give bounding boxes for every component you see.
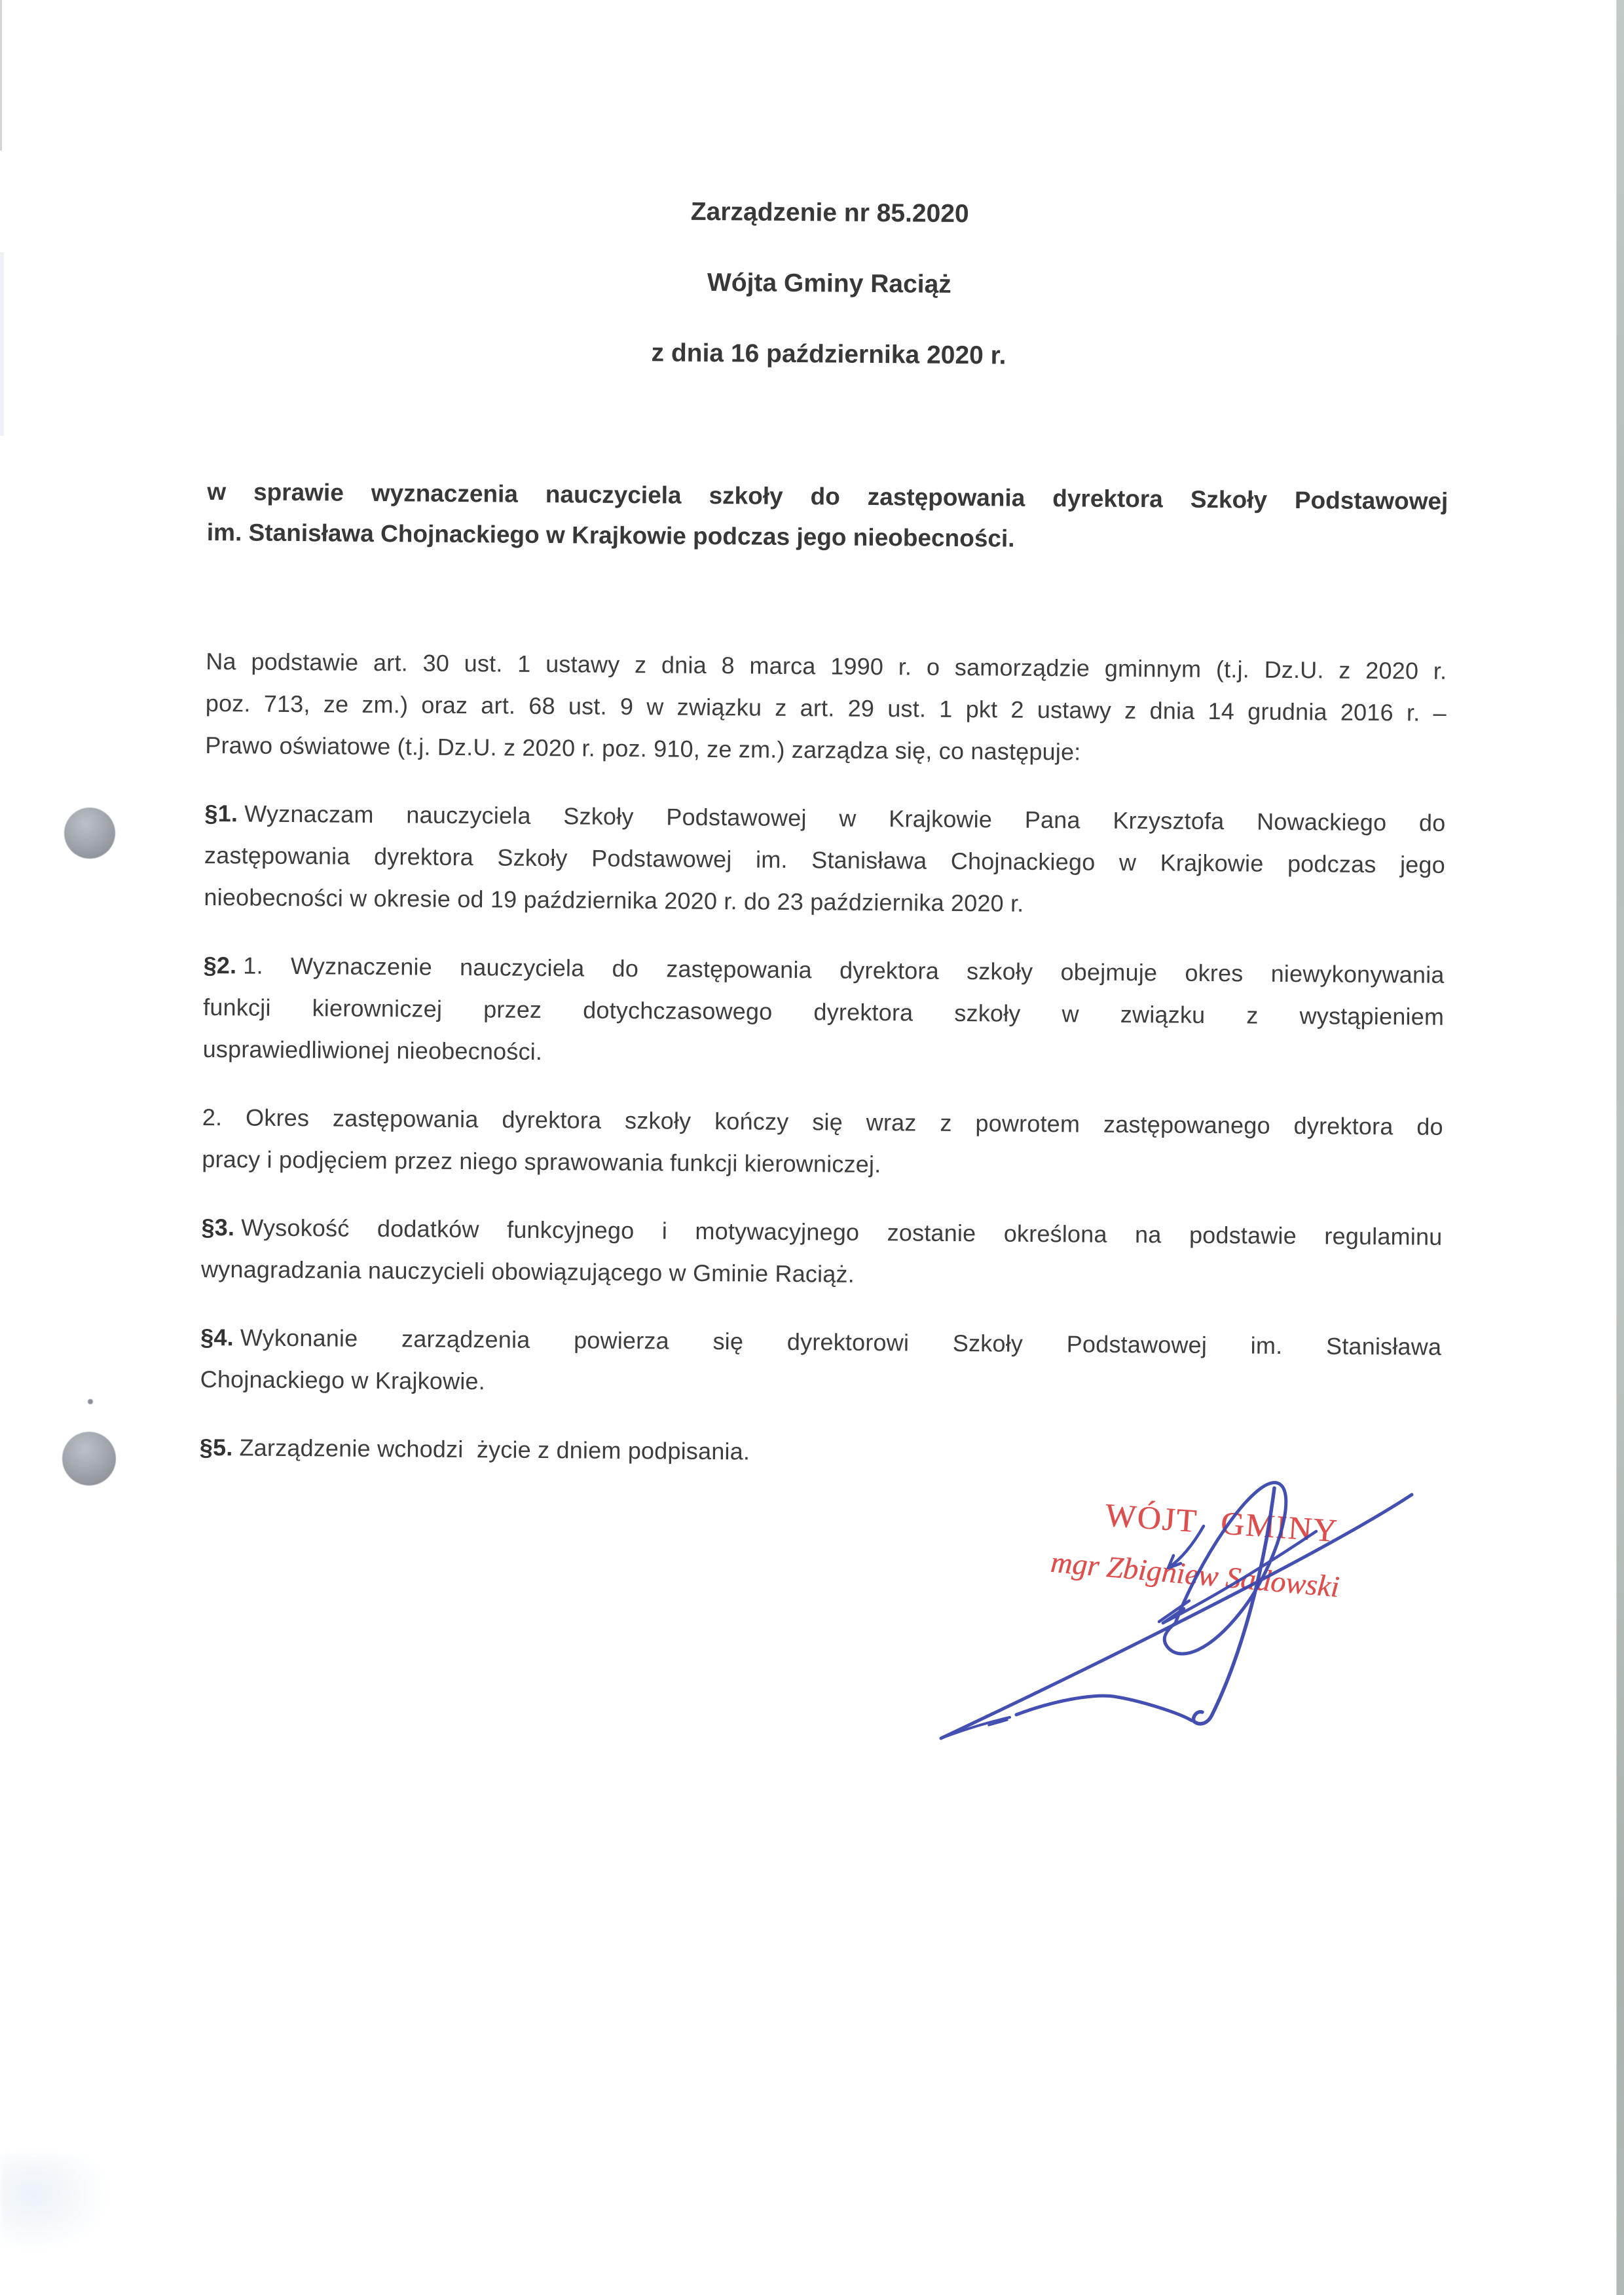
scan-edge-mark [0, 252, 4, 436]
handwritten-signature-ink [904, 1461, 1441, 1768]
section-label: §2. [204, 952, 237, 979]
scanner-edge-strip [1616, 0, 1624, 2295]
paragraph-section-4: §4.Wykonanie zarządzenia powierza się dy… [200, 1316, 1441, 1410]
paragraph-section-2: §2.1. Wyznaczenie nauczyciela do zastępo… [202, 944, 1444, 1080]
binder-hole-dot [62, 1432, 116, 1485]
binder-hole-dot [64, 808, 115, 859]
signature-hook [1168, 1526, 1204, 1568]
paragraph-legal-basis: Na podstawie art. 30 ust. 1 ustawy z dni… [205, 641, 1447, 776]
scanned-document-page: Zarządzenie nr 85.2020 Wójta Gminy Racią… [0, 0, 1624, 2295]
issuer-title: Wójta Gminy Raciąż [209, 259, 1450, 308]
document-body: Zarządzenie nr 85.2020 Wójta Gminy Racią… [199, 189, 1450, 1504]
date-title: z dnia 16 października 2020 r. [208, 330, 1449, 379]
paragraph-section-1: §1.Wyznaczam nauczyciela Szkoły Podstawo… [204, 793, 1445, 928]
section-label: §4. [200, 1324, 234, 1351]
ordinance-number-title: Zarządzenie nr 85.2020 [210, 189, 1450, 238]
signature-cross-stroke [1163, 1531, 1316, 1623]
scan-smudge [0, 2155, 111, 2253]
signature-loop [1164, 1483, 1286, 1654]
section-label: §1. [204, 800, 238, 827]
section-label: §3. [201, 1214, 234, 1241]
signature-vertical-stroke [1194, 1488, 1274, 1724]
paragraph-section-2-point-2: 2. Okres zastępowania dyrektora szkoły k… [202, 1096, 1443, 1190]
scan-edge-mark [0, 0, 2, 151]
subject-paragraph: w sprawie wyznaczenia nauczyciela szkoły… [207, 472, 1449, 563]
scan-speck [88, 1399, 93, 1404]
section-label: §5. [200, 1434, 233, 1461]
paragraph-section-3: §3.Wysokość dodatków funkcyjnego i motyw… [201, 1206, 1443, 1300]
signature-bottom-arc [1016, 1696, 1192, 1721]
